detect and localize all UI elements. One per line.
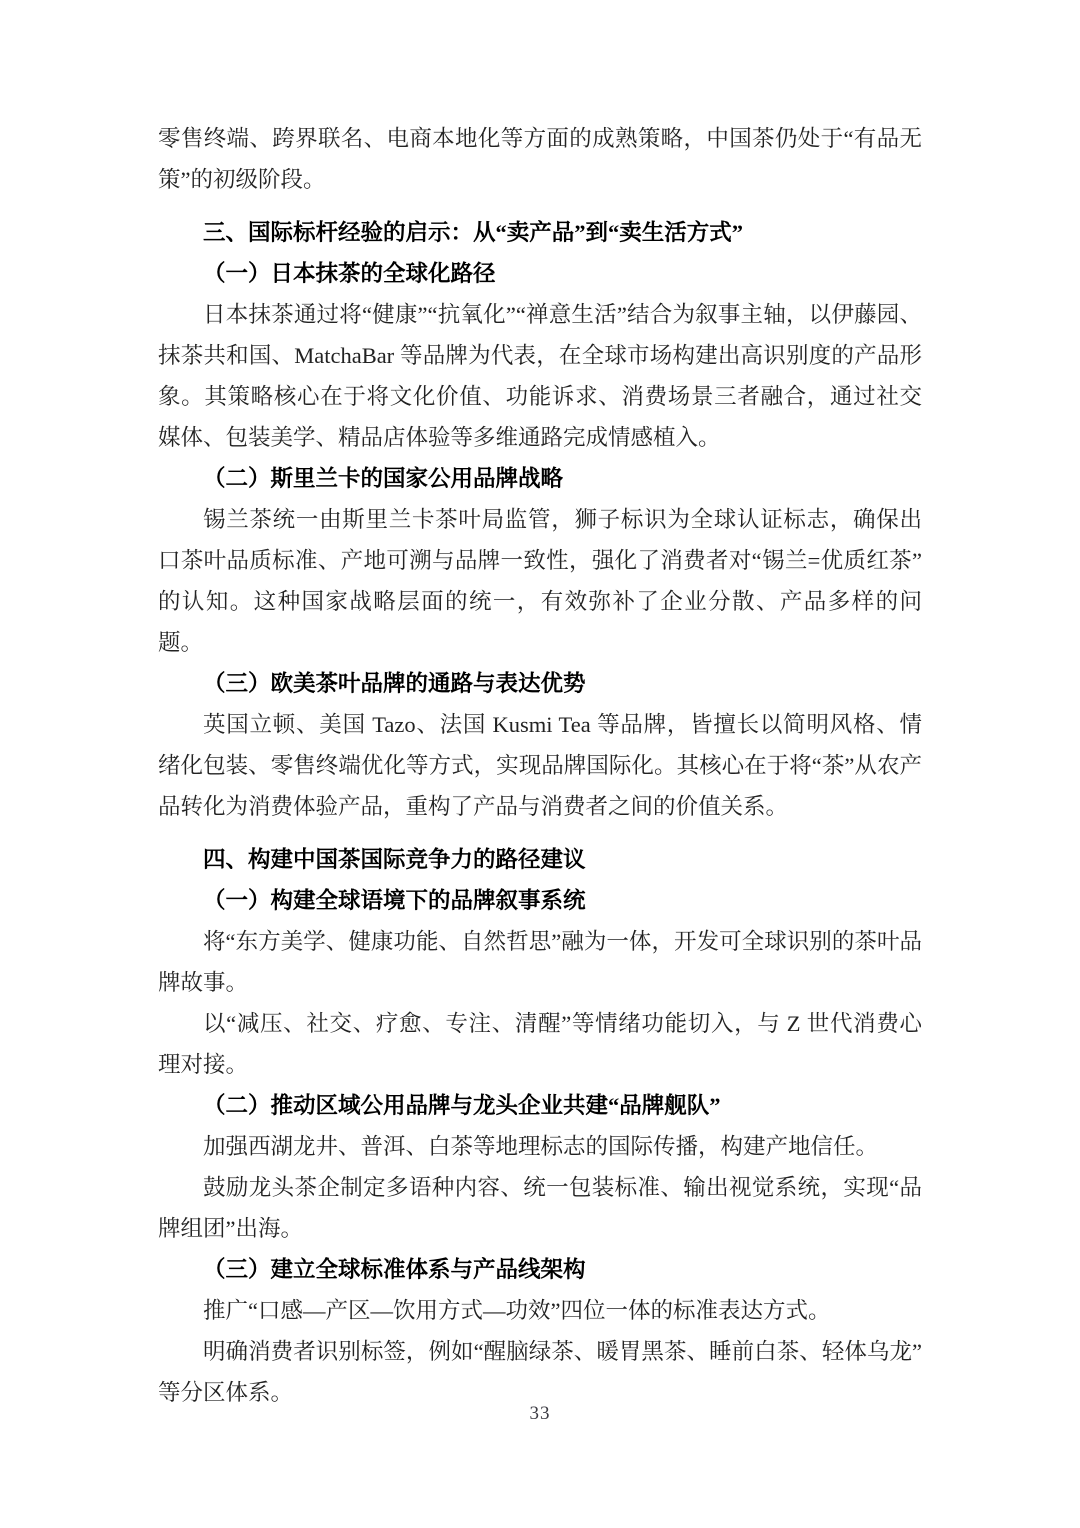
- subsection-heading: （三）建立全球标准体系与产品线架构: [158, 1249, 922, 1290]
- page-footer: 33: [0, 1403, 1080, 1425]
- paragraph: 加强西湖龙井、普洱、白茶等地理标志的国际传播，构建产地信任。: [158, 1126, 922, 1167]
- paragraph: 推广“口感—产区—饮用方式—功效”四位一体的标准表达方式。: [158, 1290, 922, 1331]
- paragraph-continued: 零售终端、跨界联名、电商本地化等方面的成熟策略，中国茶仍处于“有品无策”的初级阶…: [158, 118, 922, 200]
- paragraph: 将“东方美学、健康功能、自然哲思”融为一体，开发可全球识别的茶叶品牌故事。: [158, 921, 922, 1003]
- paragraph: 明确消费者识别标签，例如“醒脑绿茶、暖胃黑茶、睡前白茶、轻体乌龙”等分区体系。: [158, 1331, 922, 1413]
- paragraph: 以“减压、社交、疗愈、专注、清醒”等情绪功能切入，与 Z 世代消费心理对接。: [158, 1003, 922, 1085]
- subsection-heading: （一）构建全球语境下的品牌叙事系统: [158, 880, 922, 921]
- paragraph: 锡兰茶统一由斯里兰卡茶叶局监管，狮子标识为全球认证标志，确保出口茶叶品质标准、产…: [158, 499, 922, 663]
- subsection-heading: （二）推动区域公用品牌与龙头企业共建“品牌舰队”: [158, 1085, 922, 1126]
- paragraph: 英国立顿、美国 Tazo、法国 Kusmi Tea 等品牌，皆擅长以简明风格、情…: [158, 704, 922, 827]
- subsection-heading: （三）欧美茶叶品牌的通路与表达优势: [158, 663, 922, 704]
- paragraph: 鼓励龙头茶企制定多语种内容、统一包装标准、输出视觉系统，实现“品牌组团”出海。: [158, 1167, 922, 1249]
- page-number: 33: [530, 1403, 551, 1424]
- paragraph: 日本抹茶通过将“健康”“抗氧化”“禅意生活”结合为叙事主轴，以伊藤园、抹茶共和国…: [158, 294, 922, 458]
- document-page: 零售终端、跨界联名、电商本地化等方面的成熟策略，中国茶仍处于“有品无策”的初级阶…: [0, 0, 1080, 1528]
- section-heading: 四、构建中国茶国际竞争力的路径建议: [158, 839, 922, 880]
- subsection-heading: （二）斯里兰卡的国家公用品牌战略: [158, 458, 922, 499]
- subsection-heading: （一）日本抹茶的全球化路径: [158, 253, 922, 294]
- document-body: 零售终端、跨界联名、电商本地化等方面的成熟策略，中国茶仍处于“有品无策”的初级阶…: [158, 118, 922, 1413]
- section-heading: 三、国际标杆经验的启示：从“卖产品”到“卖生活方式”: [158, 212, 922, 253]
